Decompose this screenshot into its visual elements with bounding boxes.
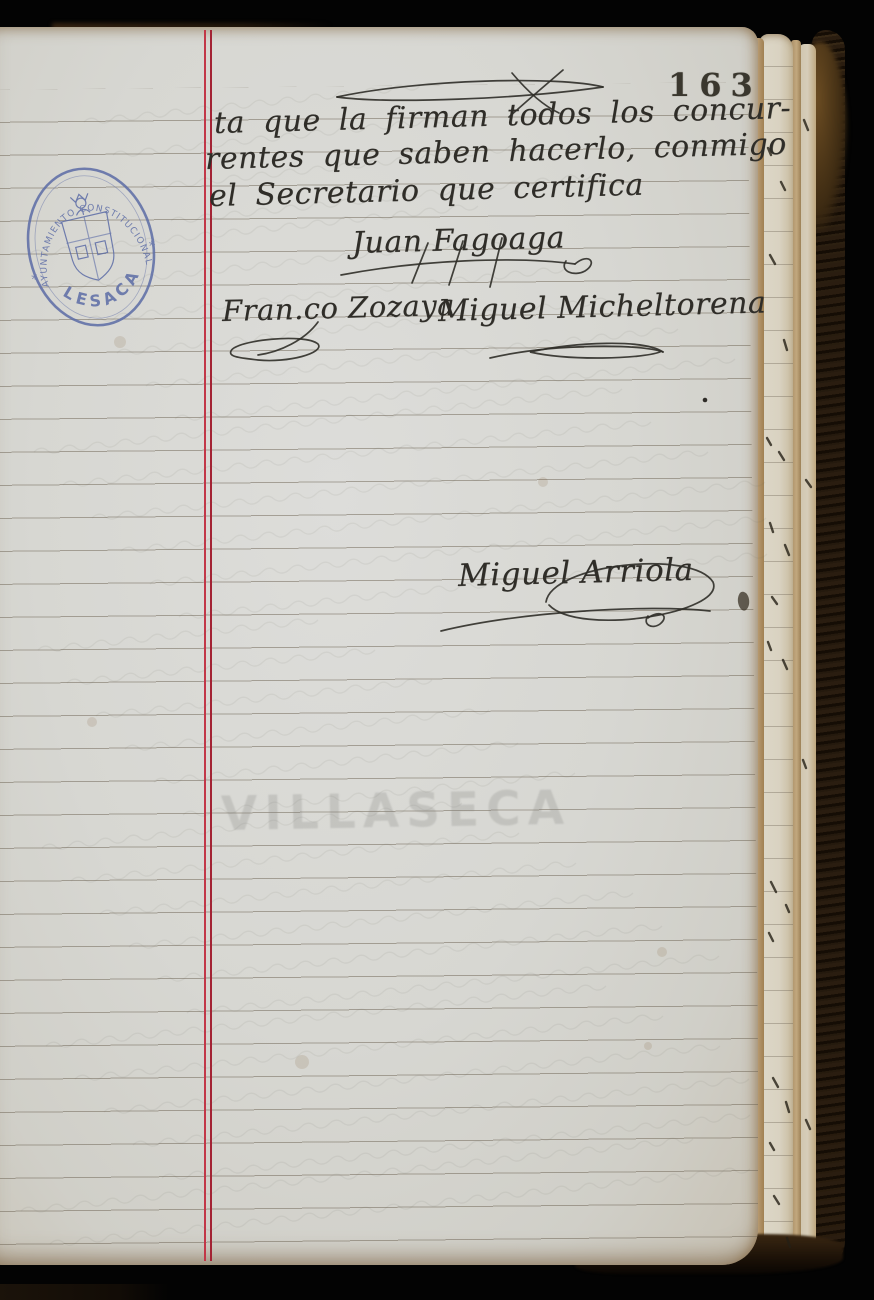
signature-francisco-zozaya: Fran.co Zozaya	[222, 288, 456, 328]
paper-watermark: VILLASECA	[221, 781, 572, 842]
stamp-coat-of-arms	[56, 189, 121, 285]
scanned-ledger-photo: { "page": { "number": "163" }, "body_tex…	[0, 0, 874, 1300]
book-cover-sliver	[0, 1284, 168, 1300]
stamp-star-left: *	[30, 272, 40, 288]
underlying-page-edge-1	[759, 34, 793, 1256]
red-margin-line-inner	[210, 30, 212, 1261]
stamp-name-text: LESACA	[56, 261, 151, 319]
signature-miguel-arriola: Miguel Arriola	[458, 552, 694, 594]
underlying-page-edge-2	[799, 44, 816, 1250]
signature-juan-fagoaga: Juan Fagoaga	[352, 220, 566, 261]
svg-text:LESACA: LESACA	[56, 261, 151, 319]
red-margin-line-outer	[204, 30, 206, 1261]
